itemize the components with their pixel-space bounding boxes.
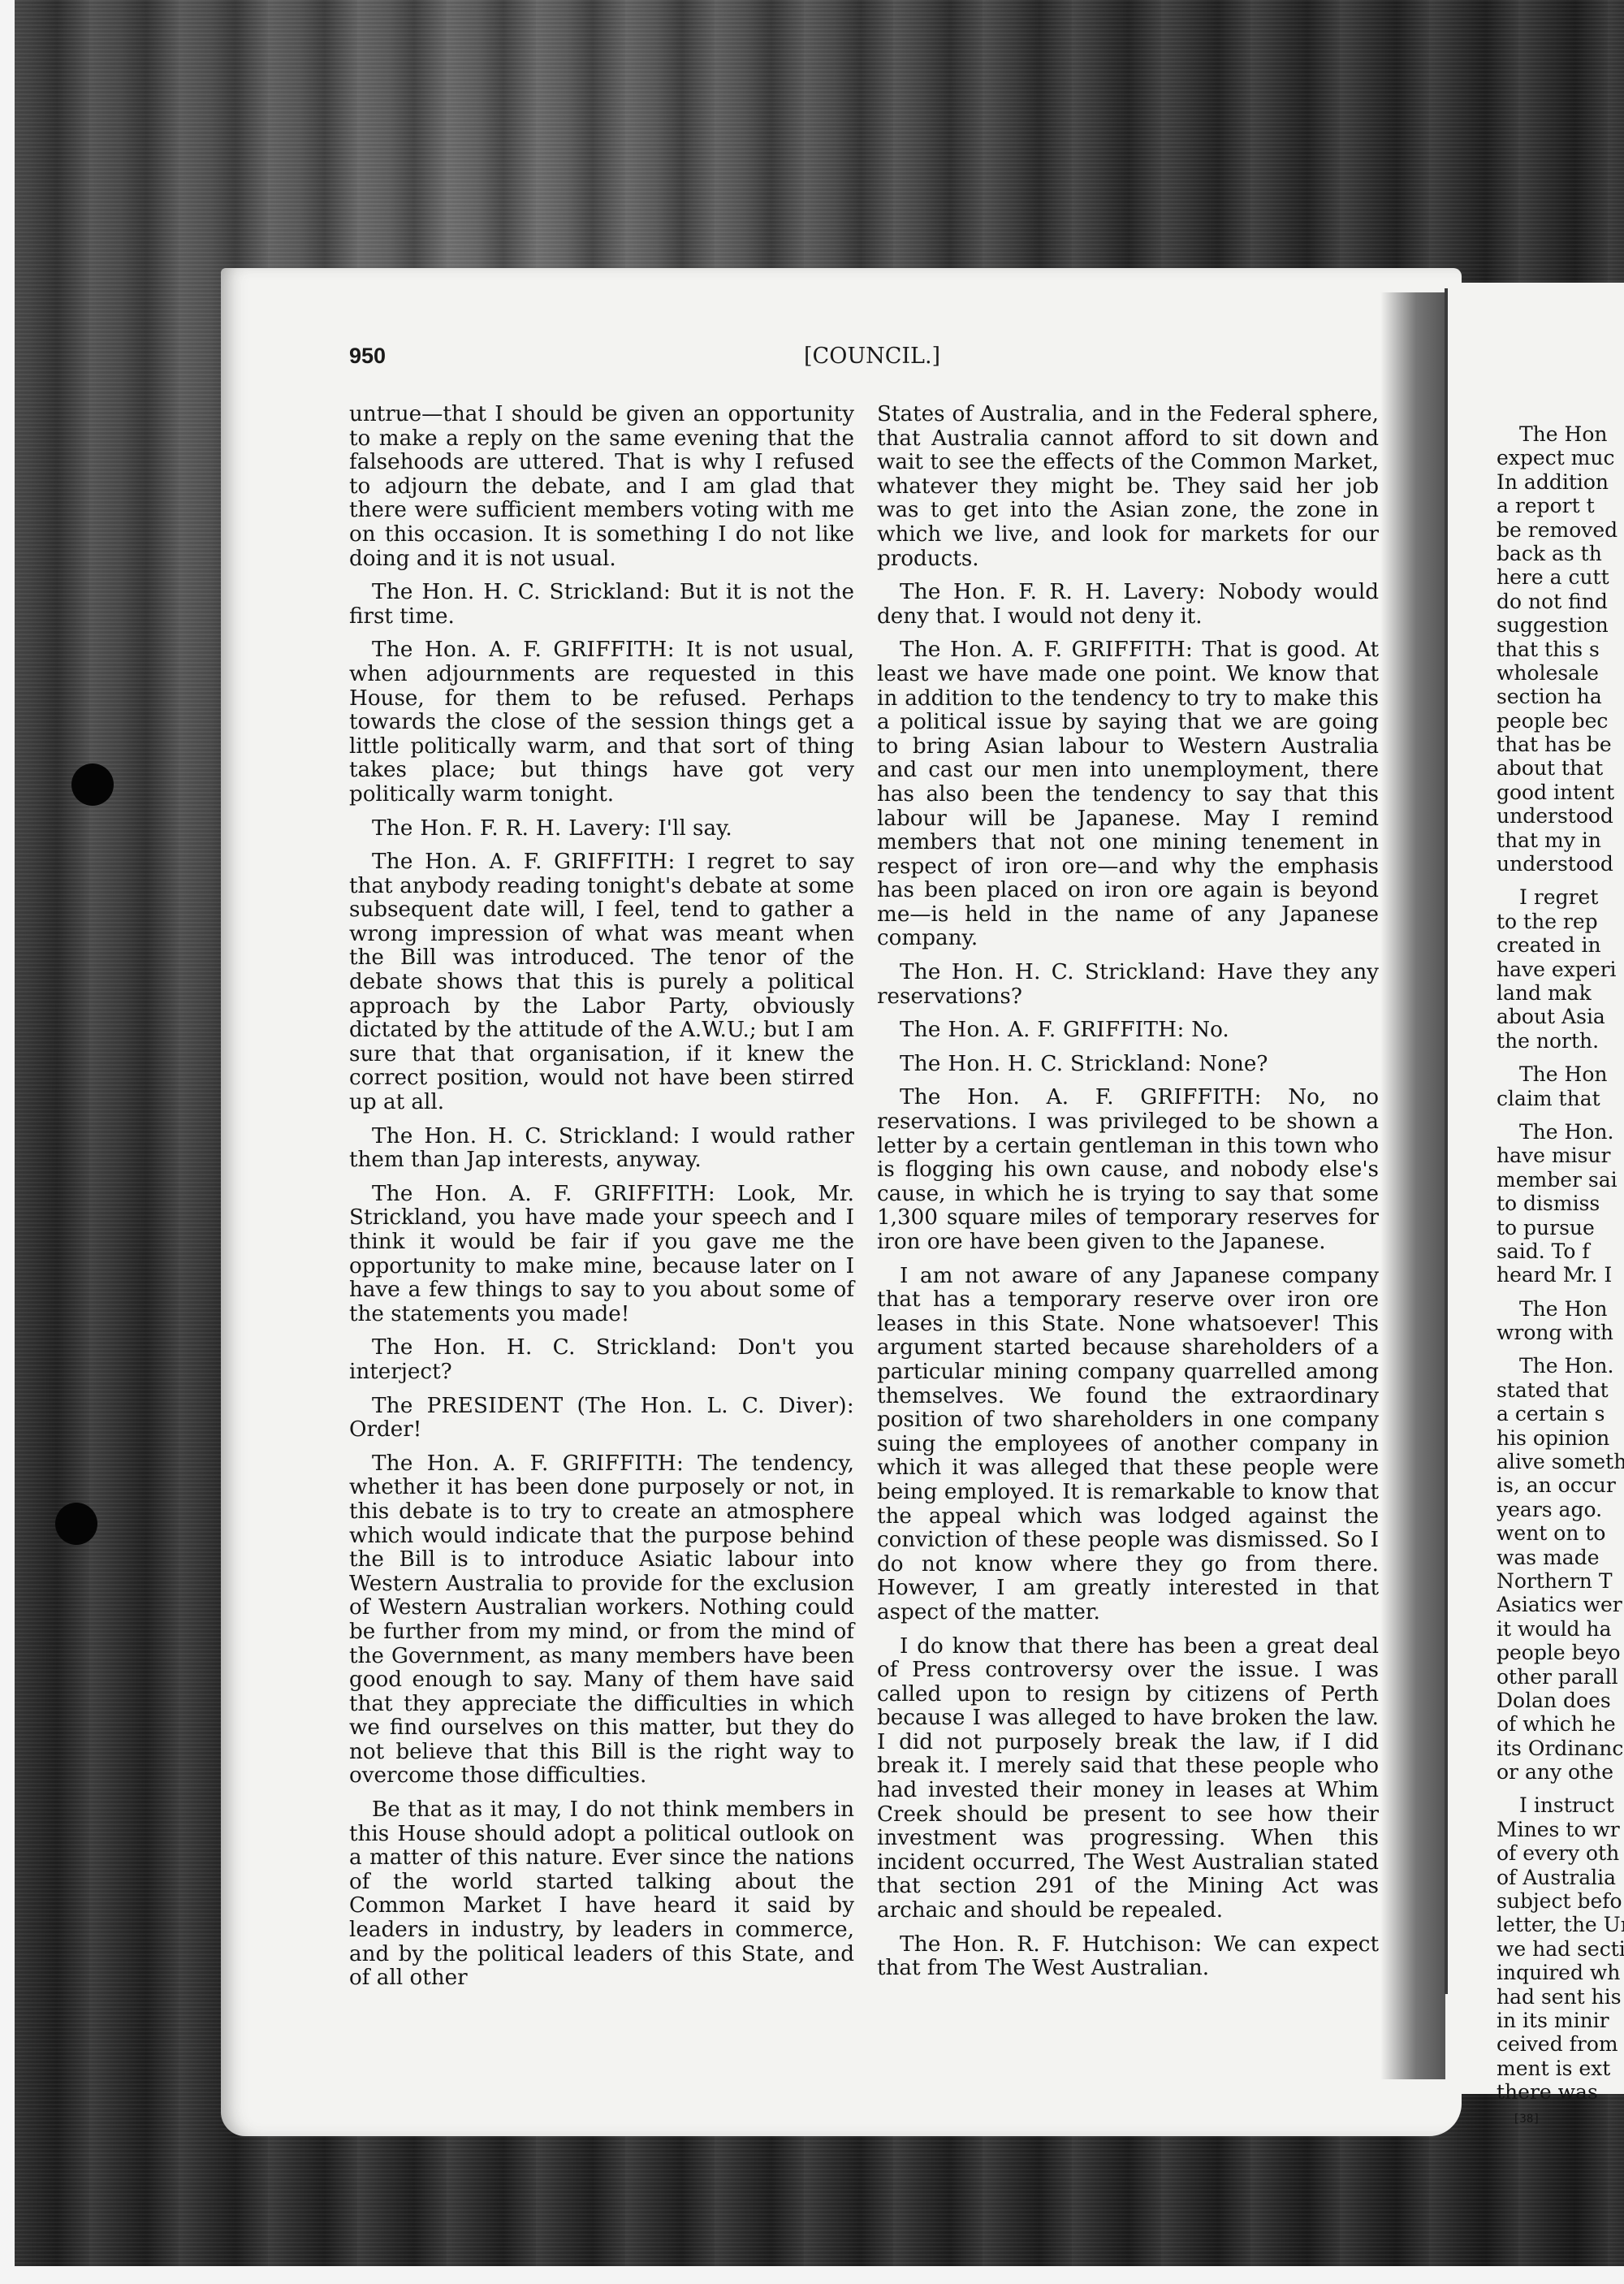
truncated-line: a report t — [1497, 494, 1624, 517]
truncated-line: about that — [1497, 756, 1624, 780]
speech-text: States of Australia, and in the Federal … — [877, 402, 1379, 571]
speaker-name: The Hon. A. F. GRIFFITH: — [372, 1451, 698, 1476]
truncated-line: The Hon. — [1497, 1354, 1624, 1378]
truncated-line: wrong with — [1497, 1321, 1624, 1344]
truncated-line: member sai — [1497, 1168, 1624, 1192]
speaker-name: The Hon. A. F. GRIFFITH: — [372, 1182, 737, 1206]
truncated-line: suggestion — [1497, 613, 1624, 637]
speech-text: The tendency, whether it has been done p… — [349, 1451, 854, 1789]
truncated-line: land mak — [1497, 981, 1624, 1005]
truncated-line: The Hon — [1497, 422, 1624, 446]
speaker-name: The Hon. H. C. Strickland: — [372, 1335, 737, 1360]
truncated-line: The Hon — [1497, 1062, 1624, 1086]
speech-paragraph: The Hon. A. F. GRIFFITH: No. — [877, 1019, 1379, 1043]
speech-paragraph: The Hon. A. F. GRIFFITH: It is not usual… — [349, 638, 854, 807]
speech-paragraph: The Hon. F. R. H. Lavery: Nobody would d… — [877, 581, 1379, 629]
speech-paragraph: The Hon. A. F. GRIFFITH: Look, Mr. Stric… — [349, 1183, 854, 1327]
speaker-name: The Hon. H. C. Strickland: — [372, 1124, 691, 1148]
punch-hole — [55, 1503, 97, 1545]
speaker-name: The Hon. A. F. GRIFFITH: — [372, 638, 686, 662]
speech-text: I regret to say that anybody reading ton… — [349, 850, 854, 1114]
speech-text: It is not usual, when adjournments are r… — [349, 638, 854, 807]
truncated-line: in its minir — [1497, 2009, 1624, 2032]
body-paragraph: I am not aware of any Japanese company t… — [877, 1265, 1379, 1625]
speaker-name: The Hon. R. F. Hutchison: — [900, 1932, 1214, 1957]
speaker-name: The Hon. A. F. GRIFFITH: — [900, 638, 1202, 662]
truncated-line: understood — [1497, 852, 1624, 876]
truncated-line: to dismiss — [1497, 1192, 1624, 1215]
truncated-line: Dolan does — [1497, 1689, 1624, 1712]
speaker-name: The Hon. H. C. Strickland: — [900, 960, 1217, 984]
truncated-line: The Hon. — [1497, 1120, 1624, 1144]
truncated-line: letter, the Ur — [1497, 1913, 1624, 1936]
truncated-line: be removed — [1497, 518, 1624, 542]
truncated-line: good intent — [1497, 781, 1624, 804]
truncated-line: had sent his — [1497, 1985, 1624, 2009]
speech-paragraph: The Hon. A. F. GRIFFITH: The tendency, w… — [349, 1452, 854, 1789]
truncated-line: Mines to wr — [1497, 1818, 1624, 1841]
truncated-line: understood — [1497, 804, 1624, 828]
text-column-right: States of Australia, and in the Federal … — [877, 403, 1379, 1991]
truncated-line: people beyo — [1497, 1641, 1624, 1664]
speech-paragraph: The Hon. A. F. GRIFFITH: I regret to say… — [349, 850, 854, 1115]
truncated-line: claim that — [1497, 1087, 1624, 1110]
speech-paragraph: The Hon. H. C. Strickland: Have they any… — [877, 961, 1379, 1009]
speech-paragraph: The Hon. R. F. Hutchison: We can expect … — [877, 1933, 1379, 1981]
truncated-line: the north. — [1497, 1029, 1624, 1053]
speech-text: No. — [1191, 1018, 1229, 1042]
scan-margin-bottom — [0, 2266, 1624, 2284]
truncated-line: people bec — [1497, 709, 1624, 733]
truncated-line: its Ordinanc — [1497, 1737, 1624, 1760]
speech-paragraph: The Hon. H. C. Strickland: I would rathe… — [349, 1125, 854, 1173]
speaker-name: The Hon. F. R. H. Lavery: — [900, 580, 1218, 604]
speaker-name: The Hon. A. F. GRIFFITH: — [372, 850, 687, 874]
speech-text: That is good. At least we have made one … — [877, 638, 1379, 950]
scan-margin — [0, 0, 15, 2284]
speech-paragraph: The Hon. A. F. GRIFFITH: No, no reservat… — [877, 1086, 1379, 1254]
speech-text: I do know that there has been a great de… — [877, 1634, 1379, 1923]
truncated-line: I regret — [1497, 885, 1624, 909]
speech-paragraph: The Hon. A. F. GRIFFITH: That is good. A… — [877, 638, 1379, 951]
truncated-line: I instruct — [1497, 1793, 1624, 1817]
truncated-line: of Australia — [1497, 1866, 1624, 1889]
truncated-line: was made — [1497, 1546, 1624, 1569]
speaker-name: The Hon. F. R. H. Lavery: — [372, 816, 658, 841]
body-paragraph: I do know that there has been a great de… — [877, 1635, 1379, 1923]
truncated-line: wholesale — [1497, 661, 1624, 685]
signature-mark: [38] — [1497, 2108, 1624, 2131]
truncated-line: there was — [1497, 2080, 1624, 2104]
truncated-line: or any othe — [1497, 1760, 1624, 1784]
text-column-left: untrue—that I should be given an opportu… — [349, 403, 854, 2001]
speech-text: None? — [1199, 1052, 1268, 1076]
paragraph-gap — [1497, 1110, 1624, 1120]
truncated-line: it would ha — [1497, 1617, 1624, 1641]
truncated-line: alive someth — [1497, 1450, 1624, 1473]
truncated-line: his opinion — [1497, 1426, 1624, 1450]
paragraph-gap — [1497, 1784, 1624, 1793]
speech-text: No, no reservations. I was privileged to… — [877, 1085, 1379, 1254]
paragraph-gap — [1497, 1344, 1624, 1354]
truncated-line: said. To f — [1497, 1239, 1624, 1263]
truncated-line: we had secti — [1497, 1937, 1624, 1961]
truncated-line: stated that — [1497, 1378, 1624, 1402]
speech-text: Order! — [349, 1417, 421, 1442]
book-spine — [1445, 288, 1448, 1994]
speaker-name: The Hon. A. F. GRIFFITH: — [900, 1085, 1288, 1110]
truncated-line: have experi — [1497, 958, 1624, 981]
truncated-line: ment is ext — [1497, 2057, 1624, 2080]
truncated-line: The Hon — [1497, 1297, 1624, 1321]
truncated-line: is, an occur — [1497, 1473, 1624, 1497]
speech-paragraph: The Hon. H. C. Strickland: None? — [877, 1053, 1379, 1077]
body-paragraph: States of Australia, and in the Federal … — [877, 403, 1379, 571]
truncated-line: back as th — [1497, 542, 1624, 565]
speech-paragraph: The Hon. F. R. H. Lavery: I'll say. — [349, 817, 854, 841]
truncated-line: went on to — [1497, 1521, 1624, 1545]
paragraph-gap — [1497, 876, 1624, 885]
truncated-line: created in — [1497, 933, 1624, 957]
truncated-line: Asiatics wer — [1497, 1593, 1624, 1616]
body-paragraph: Be that as it may, I do not think member… — [349, 1798, 854, 1991]
punch-hole — [71, 763, 114, 806]
text-column-facing-page: The Honexpect mucIn additiona report tbe… — [1497, 422, 1624, 2131]
truncated-line: of which he — [1497, 1712, 1624, 1736]
truncated-line: a certain s — [1497, 1402, 1624, 1425]
speech-paragraph: The PRESIDENT (The Hon. L. C. Diver): Or… — [349, 1395, 854, 1443]
truncated-line: that has be — [1497, 733, 1624, 756]
truncated-line: have misur — [1497, 1144, 1624, 1167]
speaker-name: The Hon. H. C. Strickland: — [900, 1052, 1199, 1076]
truncated-line: about Asia — [1497, 1005, 1624, 1028]
speech-paragraph: The Hon. H. C. Strickland: But it is not… — [349, 581, 854, 629]
truncated-line: heard Mr. I — [1497, 1263, 1624, 1287]
speaker-name: The Hon. H. C. Strickland: — [372, 580, 680, 604]
truncated-line: other parall — [1497, 1665, 1624, 1689]
speech-text: I am not aware of any Japanese company t… — [877, 1264, 1379, 1624]
speech-text: Be that as it may, I do not think member… — [349, 1797, 854, 1990]
speaker-name: The Hon. A. F. GRIFFITH: — [900, 1018, 1191, 1042]
body-paragraph: untrue—that I should be given an opportu… — [349, 403, 854, 571]
truncated-line: to pursue — [1497, 1216, 1624, 1239]
truncated-line: ceived from — [1497, 2032, 1624, 2056]
speaker-name: The PRESIDENT (The Hon. L. C. Diver): — [372, 1394, 854, 1418]
truncated-line: that my in — [1497, 828, 1624, 852]
page-number: 950 — [349, 344, 386, 369]
truncated-line: that this s — [1497, 638, 1624, 661]
speech-paragraph: The Hon. H. C. Strickland: Don't you int… — [349, 1336, 854, 1384]
truncated-line: Northern T — [1497, 1569, 1624, 1593]
page-gutter-shadow — [1380, 292, 1445, 2079]
truncated-line: do not find — [1497, 590, 1624, 613]
truncated-line: expect muc — [1497, 446, 1624, 469]
truncated-line: In addition — [1497, 470, 1624, 494]
truncated-line: here a cutt — [1497, 565, 1624, 589]
truncated-line: section ha — [1497, 685, 1624, 708]
speech-text: I'll say. — [658, 816, 732, 841]
truncated-line: subject befo — [1497, 1889, 1624, 1913]
section-label: [COUNCIL.] — [804, 344, 940, 369]
truncated-line: to the rep — [1497, 910, 1624, 933]
truncated-line: inquired wh — [1497, 1961, 1624, 1984]
paragraph-gap — [1497, 1287, 1624, 1297]
truncated-line: of every oth — [1497, 1841, 1624, 1865]
paragraph-gap — [1497, 1053, 1624, 1062]
truncated-line: years ago. — [1497, 1498, 1624, 1521]
speech-text: untrue—that I should be given an opportu… — [349, 402, 854, 571]
